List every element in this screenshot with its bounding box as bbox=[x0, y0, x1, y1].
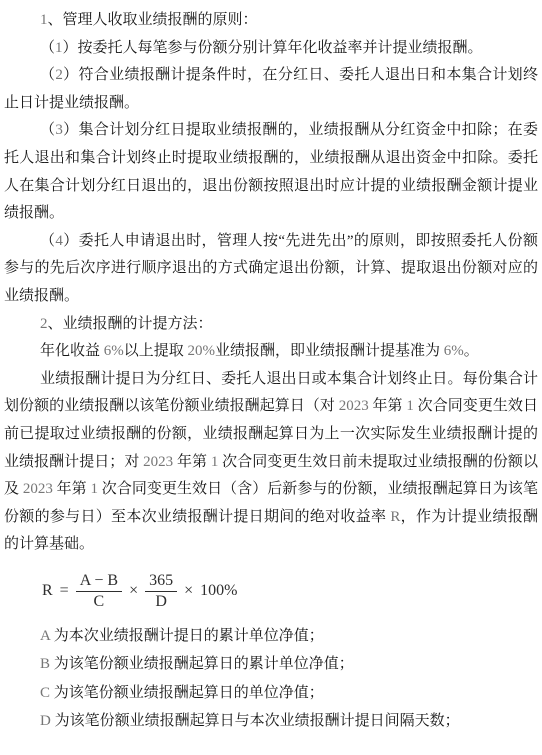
section-1-heading: 1、管理人收取业绩报酬的原则： bbox=[4, 7, 538, 35]
latin-text: 2023 bbox=[339, 398, 369, 414]
latin-text: 1 bbox=[55, 40, 63, 56]
return-rate-formula: R = A − B C × 365 D × 100% bbox=[4, 572, 538, 611]
formula-variable: R bbox=[42, 582, 53, 600]
latin-text: 1 bbox=[406, 398, 414, 414]
section-2-heading: 2、业绩报酬的计提方法： bbox=[4, 311, 538, 339]
latin-text: 4 bbox=[55, 233, 63, 249]
document-page: 1、管理人收取业绩报酬的原则： （1）按委托人每笔参与份额分别计算年化收益率并计… bbox=[0, 0, 542, 755]
principle-item-1: （1）按委托人每笔参与份额分别计算年化收益率并计提业绩报酬。 bbox=[4, 35, 538, 63]
formula-equals-sign: = bbox=[60, 582, 69, 600]
accrual-benchmark-text: 年化收益 6%以上提取 20%业绩报酬，即业绩报酬计提基准为 6%。 bbox=[4, 338, 538, 366]
latin-text: R bbox=[390, 509, 400, 525]
latin-text: 2023 bbox=[143, 454, 173, 470]
latin-text: D bbox=[40, 713, 51, 729]
formula-constant: 100% bbox=[200, 582, 237, 600]
accrual-date-text: 业绩报酬计提日为分红日、委托人退出日或本集合计划终止日。每份集合计划份额的业绩报… bbox=[4, 366, 538, 559]
latin-text: B bbox=[40, 656, 50, 672]
latin-text: 6% bbox=[104, 343, 124, 359]
latin-text: 1 bbox=[91, 481, 99, 497]
latin-text: 2 bbox=[55, 67, 63, 83]
formula-term-a: A 为本次业绩报酬计提日的累计单位净值； bbox=[4, 622, 538, 650]
formula-multiply-sign-2: × bbox=[184, 582, 193, 600]
latin-text: 1 bbox=[211, 454, 219, 470]
principle-item-4: （4）委托人申请退出时，管理人按“先进先出”的原则，即按照委托人份额参与的先后次… bbox=[4, 228, 538, 311]
latin-text: 3 bbox=[55, 122, 63, 138]
principle-item-3: （3）集合计划分红日提取业绩报酬的，业绩报酬从分红资金中扣除；在委托人退出和集合… bbox=[4, 117, 538, 227]
latin-text: 1 bbox=[40, 12, 48, 28]
fraction-2-denominator: D bbox=[155, 592, 167, 611]
latin-text: 2 bbox=[40, 316, 48, 332]
fraction-1-numerator: A − B bbox=[76, 572, 122, 592]
formula-term-d: D 为该笔份额业绩报酬起算日与本次业绩报酬计提日间隔天数； bbox=[4, 707, 538, 735]
latin-text: A bbox=[40, 628, 50, 644]
formula-term-c: C 为该笔份额业绩报酬起算日的单位净值； bbox=[4, 679, 538, 707]
formula-term-b: B 为该笔份额业绩报酬起算日的累计单位净值； bbox=[4, 650, 538, 678]
principle-item-2: （2）符合业绩报酬计提条件时，在分红日、委托人退出日和本集合计划终止日计提业绩报… bbox=[4, 62, 538, 117]
fraction-1-denominator: C bbox=[94, 592, 105, 611]
latin-text: 2023 bbox=[23, 481, 53, 497]
fraction-2-numerator: 365 bbox=[145, 572, 177, 592]
latin-text: C bbox=[40, 685, 50, 701]
formula-fraction-1: A − B C bbox=[76, 572, 122, 611]
formula-multiply-sign: × bbox=[129, 582, 138, 600]
formula-fraction-2: 365 D bbox=[145, 572, 177, 611]
latin-text: 20% bbox=[188, 343, 216, 359]
latin-text: 6% bbox=[444, 343, 464, 359]
